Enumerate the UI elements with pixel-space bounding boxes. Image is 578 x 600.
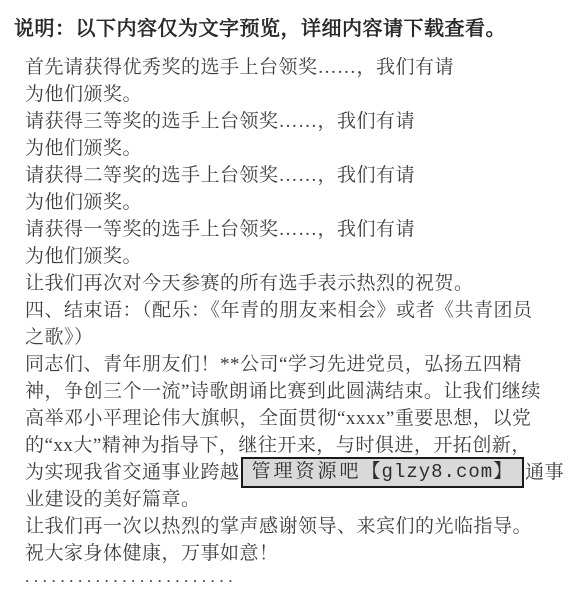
watermark-site: 【glzy8.com】: [362, 461, 514, 483]
text-line: 为他们颁奖。: [25, 135, 568, 162]
text-line: 之歌》）: [25, 324, 568, 351]
ellipsis-dots-line: ························: [25, 567, 568, 594]
text-line: 同志们、青年朋友们！**公司“学习先进党员，弘扬五四精: [25, 351, 568, 378]
text-line: 让我们再一次以热烈的掌声感谢领导、来宾们的光临指导。: [25, 513, 568, 540]
text-line: 四、结束语：（配乐：《年青的朋友来相会》或者《共青团员: [25, 297, 568, 324]
text-line: 请获得三等奖的选手上台领奖……，我们有请: [25, 108, 568, 135]
text-after-watermark: 通事: [525, 459, 564, 486]
document-body: 首先请获得优秀奖的选手上台领奖……，我们有请 为他们颁奖。 请获得三等奖的选手上…: [0, 54, 578, 594]
watermark-badge: 管理资源吧【glzy8.com】: [241, 457, 525, 488]
text-line: 祝大家身体健康，万事如意！: [25, 540, 568, 567]
text-line: 首先请获得优秀奖的选手上台领奖……，我们有请: [25, 54, 568, 81]
text-line: 业建设的美好篇章。: [25, 486, 568, 513]
text-before-watermark: 为实现我省交通事业跨越: [25, 459, 240, 486]
text-line: 请获得一等奖的选手上台领奖……，我们有请: [25, 216, 568, 243]
text-line: 高举邓小平理论伟大旗帜，全面贯彻“xxxx”重要思想，以党: [25, 405, 568, 432]
text-line: 为他们颁奖。: [25, 81, 568, 108]
text-line: 请获得二等奖的选手上台领奖……，我们有请: [25, 162, 568, 189]
text-line: 的“xx大”精神为指导下，继往开来，与时俱进，开拓创新，: [25, 432, 568, 459]
text-line: 为他们颁奖。: [25, 243, 568, 270]
watermark-label: 管理资源吧: [252, 461, 362, 482]
text-line: 为他们颁奖。: [25, 189, 568, 216]
text-line: 神，争创三个一流”诗歌朗诵比赛到此圆满结束。让我们继续: [25, 378, 568, 405]
text-line-with-watermark: 为实现我省交通事业跨越 管理资源吧【glzy8.com】 通事: [25, 459, 568, 486]
text-line: 让我们再次对今天参赛的所有选手表示热烈的祝贺。: [25, 270, 568, 297]
document-preview-page: 说明：以下内容仅为文字预览，详细内容请下载查看。 首先请获得优秀奖的选手上台领奖…: [0, 0, 578, 600]
preview-notice: 说明：以下内容仅为文字预览，详细内容请下载查看。: [0, 0, 578, 42]
